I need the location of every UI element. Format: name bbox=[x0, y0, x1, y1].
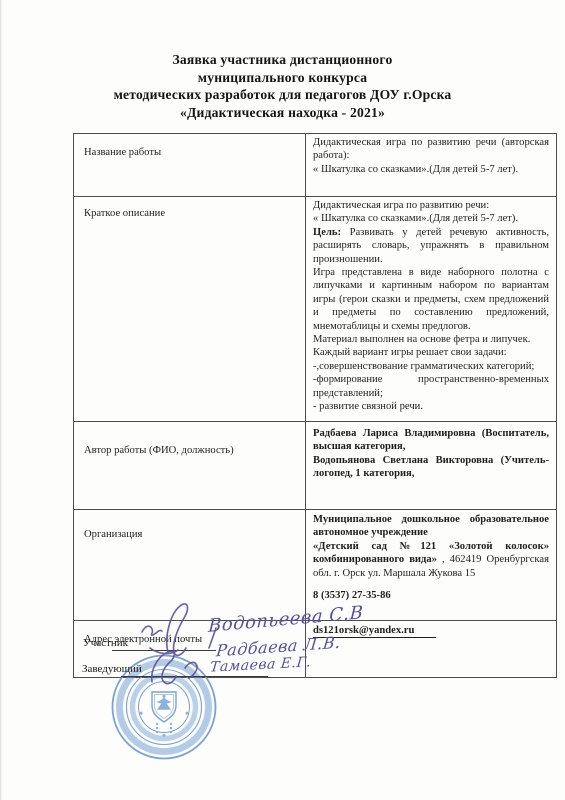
row-label-author: Автор работы (ФИО, должность) bbox=[74, 422, 306, 510]
author-value: Радбаева Лариса Владимировна (Воспитател… bbox=[306, 422, 557, 510]
description-task2: -формирование пространственно-временных … bbox=[313, 373, 549, 400]
organization-name2-address: «Детский сад №121 «Золотой колосок» комб… bbox=[313, 540, 549, 580]
description-task1: -,совершенствование грамматических катег… bbox=[313, 360, 549, 373]
email-value: ds121orsk@yandex.ru bbox=[306, 621, 557, 678]
description-para4: Каждый вариант игры решает свои задачи: bbox=[313, 346, 549, 359]
participant-initials-stroke bbox=[142, 626, 162, 635]
work-title-line1: Дидактическая игра по развитию речи (авт… bbox=[313, 136, 549, 163]
head-signature-stroke bbox=[152, 651, 176, 683]
title-line-2: муниципального конкурса bbox=[0, 69, 565, 87]
description-para3: Материал выполнен на основе фетра и липу… bbox=[313, 333, 549, 346]
goal-label: Цель: bbox=[313, 227, 341, 238]
description-para2: Игра представлена в виде наборного полот… bbox=[313, 266, 549, 333]
author-2: Водопьянова Светлана Викторовна (Учитель… bbox=[313, 454, 549, 481]
title-line-3: методических разработок для педагогов ДО… bbox=[0, 86, 565, 104]
organization-phone: 8 (3537) 27-35-86 bbox=[313, 589, 549, 602]
description-line2: « Шкатулка со сказками».(Для детей 5-7 л… bbox=[313, 212, 549, 225]
table-row: Автор работы (ФИО, должность) Радбаева Л… bbox=[74, 422, 557, 510]
description-goal: Цель: Развивать у детей речевую активнос… bbox=[313, 226, 549, 266]
title-line-1: Заявка участника дистанционного bbox=[0, 51, 565, 69]
work-title-line2: « Шкатулка со сказками».(Для детей 5-7 л… bbox=[313, 163, 549, 176]
author-1: Радбаева Лариса Владимировна (Воспитател… bbox=[313, 427, 549, 454]
row-label-work-title: Название работы bbox=[74, 134, 306, 197]
description-task3: - развитие связной речи. bbox=[313, 400, 549, 413]
description-value: Дидактическая игра по развитию речи: « Ш… bbox=[306, 197, 557, 422]
table-row: Название работы Дидактическая игра по ра… bbox=[74, 134, 557, 197]
organization-name1: Муниципальное дошкольное образовательное… bbox=[313, 513, 549, 540]
goal-text: Развивать у детей речевую активность, ра… bbox=[313, 227, 549, 265]
description-line1: Дидактическая игра по развитию речи: bbox=[313, 199, 549, 212]
document-title: Заявка участника дистанционного муниципа… bbox=[0, 51, 565, 121]
row-label-description: Краткое описание bbox=[74, 197, 306, 422]
table-row: Краткое описание Дидактическая игра по р… bbox=[74, 197, 557, 422]
work-title-value: Дидактическая игра по развитию речи (авт… bbox=[306, 134, 557, 197]
title-line-4: «Дидактическая находка - 2021» bbox=[0, 104, 565, 122]
